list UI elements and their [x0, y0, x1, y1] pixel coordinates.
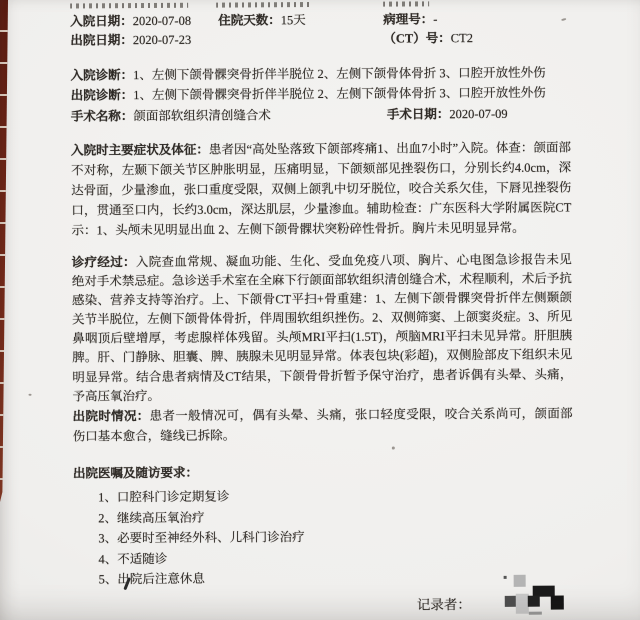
header-row-2: 出院日期：2020-07-23 （CT）号：CT2 [0, 29, 638, 49]
length-of-stay-label: 住院天数： [218, 13, 281, 27]
pathology-number-label: 病理号： [383, 12, 433, 26]
redaction-block [529, 612, 542, 615]
length-of-stay-value: 15天 [281, 13, 306, 27]
clipped-top-line [0, 0, 638, 2]
redaction-block [551, 596, 564, 610]
discharge-diagnosis-label: 出院诊断： [71, 88, 134, 102]
document-photo: 入院日期：2020-07-08 住院天数：15天 病理号：- 出院日期：2020… [0, 0, 640, 620]
treatment-course-label: 诊疗经过： [72, 255, 136, 269]
ct-number-label: （CT）号： [383, 31, 450, 45]
surgery-name-field: 手术名称：颌面部软组织清创缝合术 [71, 107, 271, 125]
admission-date-field: 入院日期：2020-07-08 [70, 13, 191, 31]
redaction-block [514, 575, 526, 587]
discharge-date-value: 2020-07-23 [133, 33, 191, 47]
admission-diagnosis-text: 1、左侧下颌骨髁突骨折伴半脱位 2、左侧下颌骨体骨折 3、口腔开放性外伤 [133, 66, 546, 83]
clipped-text-fragment [70, 3, 188, 9]
admission-date-label: 入院日期： [70, 14, 133, 28]
discharge-diagnosis-row: 出院诊断：1、左侧下颌骨髁突骨折伴半脱位 2、左侧下颌骨体骨折 3、口腔开放性外… [71, 84, 571, 104]
surgery-name-label: 手术名称： [71, 109, 134, 123]
discharge-record: 入院日期：2020-07-08 住院天数：15天 病理号：- 出院日期：2020… [0, 0, 640, 620]
order-item-2: 2、继续高压氧治疗 [98, 507, 304, 529]
photo-speck [29, 394, 32, 396]
treatment-course-text: 入院查血常规、凝血功能、生化、受血免疫八项、胸片、心电图急诊报告未见绝对手术禁忌… [72, 252, 573, 403]
discharge-condition-paragraph: 出院时情况：患者一般情况可，偶有头晕、头痛，张口轻度受限，咬合关系尚可，颌面部伤… [73, 403, 573, 446]
surgery-date-field: 手术日期：2020-07-09 [387, 106, 508, 124]
ct-number-field: （CT）号：CT2 [383, 30, 473, 48]
header-row-1: 入院日期：2020-07-08 住院天数：15天 病理号：- [0, 10, 638, 30]
orders-list: 1、口腔科门诊定期复诊 2、继续高压氧治疗 3、必要时至神经外科、儿科门诊治疗 … [98, 486, 305, 590]
admission-diagnosis-row: 入院诊断：1、左侧下颌骨髁突骨折伴半脱位 2、左侧下颌骨体骨折 3、口腔开放性外… [71, 64, 571, 84]
order-item-1: 1、口腔科门诊定期复诊 [98, 486, 304, 508]
photo-speck [392, 447, 395, 450]
discharge-date-label: 出院日期： [70, 33, 133, 47]
length-of-stay-field: 住院天数：15天 [218, 12, 306, 30]
surgery-date-label: 手术日期： [387, 107, 450, 121]
order-item-3: 3、必要时至神经外科、儿科门诊治疗 [98, 527, 304, 549]
order-item-4: 4、不适随诊 [98, 548, 304, 570]
admission-diagnosis-label: 入院诊断： [71, 68, 134, 82]
surgery-name-value: 颌面部软组织清创缝合术 [133, 108, 271, 123]
ct-number-value: CT2 [451, 31, 473, 45]
symptoms-label: 入院时主要症状及体征： [71, 143, 209, 158]
surgery-date-value: 2020-07-09 [449, 107, 507, 121]
discharge-condition-label: 出院时情况： [73, 409, 150, 423]
clipped-text-fragment [216, 2, 312, 8]
surgery-row: 手术名称：颌面部软组织清创缝合术 手术日期：2020-07-09 [0, 105, 639, 125]
treatment-course-paragraph: 诊疗经过：入院查血常规、凝血功能、生化、受血免疫八项、胸片、心电图急诊报告未见绝… [72, 250, 573, 406]
redaction-block [528, 596, 540, 607]
redaction-block [504, 576, 507, 579]
signature-redaction [498, 571, 570, 617]
discharge-diagnosis-text: 1、左侧下颌骨髁突骨折伴半脱位 2、左侧下颌骨体骨折 3、口腔开放性外伤 [133, 86, 546, 103]
pathology-number-field: 病理号：- [383, 11, 437, 28]
recorder-label: 记录者： [417, 596, 471, 613]
symptoms-paragraph: 入院时主要症状及体征：患者因“高处坠落致下颌部疼痛1、出血7小时”入院。体查：颌… [71, 138, 572, 241]
discharge-date-field: 出院日期：2020-07-23 [70, 32, 191, 50]
pathology-number-value: - [433, 12, 437, 26]
admission-date-value: 2020-07-08 [133, 14, 191, 28]
orders-heading: 出院医嘱及随访要求： [73, 465, 198, 483]
clipped-text-fragment [383, 1, 429, 6]
